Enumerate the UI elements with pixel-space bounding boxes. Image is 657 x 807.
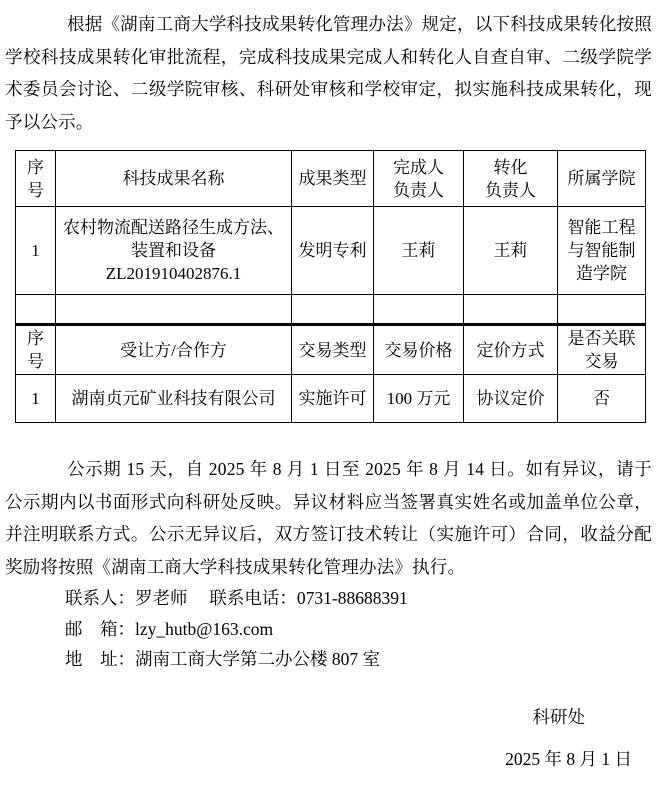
transaction-header-row: 序 号 受让方/合作方 交易类型 交易价格 定价方式 是否关联 交易	[16, 325, 646, 375]
contact-line: 联系人：罗老师 联系电话：0731-88688391	[65, 583, 652, 614]
contact-block: 联系人：罗老师 联系电话：0731-88688391 邮 箱：lzy_hutb@…	[5, 583, 652, 675]
header-achievement-name: 科技成果名称	[56, 151, 292, 207]
achievement-header-row: 序 号 科技成果名称 成果类型 完成人 负责人 转化 负责人 所属学院	[16, 151, 646, 207]
header-deal-type: 交易类型	[292, 325, 374, 375]
header-assignee: 受让方/合作方	[56, 325, 292, 375]
cell-achievement-type: 发明专利	[292, 207, 374, 295]
cell-deal-price: 100 万元	[374, 375, 464, 423]
cell-college: 智能工程 与智能制 造学院	[558, 207, 646, 295]
public-notice-document: 根据《湖南工商大学科技成果转化管理办法》规定，以下科技成果转化按照学校科技成果转…	[0, 0, 657, 775]
intro-paragraph: 根据《湖南工商大学科技成果转化管理办法》规定，以下科技成果转化按照学校科技成果转…	[5, 8, 652, 138]
notice-paragraph: 公示期 15 天，自 2025 年 8 月 1 日至 2025 年 8 月 14…	[5, 453, 652, 583]
signature-date: 2025 年 8 月 1 日	[5, 743, 652, 775]
header-transfer-lead: 转化 负责人	[464, 151, 558, 207]
cell-deal-type: 实施许可	[292, 375, 374, 423]
achievements-and-transaction-table: 序 号 科技成果名称 成果类型 完成人 负责人 转化 负责人 所属学院 1 农村…	[15, 150, 646, 423]
header-seq: 序 号	[16, 151, 56, 207]
header-achievement-type: 成果类型	[292, 151, 374, 207]
header-deal-price: 交易价格	[374, 325, 464, 375]
header-seq2: 序 号	[16, 325, 56, 375]
header-related-party: 是否关联 交易	[558, 325, 646, 375]
transaction-data-row: 1 湖南贞元矿业科技有限公司 实施许可 100 万元 协议定价 否	[16, 375, 646, 423]
cell-seq: 1	[16, 207, 56, 295]
cell-assignee: 湖南贞元矿业科技有限公司	[56, 375, 292, 423]
cell-transfer-lead: 王莉	[464, 207, 558, 295]
header-completer-lead: 完成人 负责人	[374, 151, 464, 207]
header-pricing-method: 定价方式	[464, 325, 558, 375]
address-line: 地 址：湖南工商大学第二办公楼 807 室	[65, 644, 652, 675]
cell-seq2: 1	[16, 375, 56, 423]
header-college: 所属学院	[558, 151, 646, 207]
achievement-data-row: 1 农村物流配送路径生成方法、 装置和设备 ZL201910402876.1 发…	[16, 207, 646, 295]
email-line: 邮 箱：lzy_hutb@163.com	[65, 614, 652, 645]
spacer-row	[16, 295, 646, 325]
cell-achievement-name: 农村物流配送路径生成方法、 装置和设备 ZL201910402876.1	[56, 207, 292, 295]
signature-department: 科研处	[5, 701, 652, 733]
cell-pricing-method: 协议定价	[464, 375, 558, 423]
cell-related-party: 否	[558, 375, 646, 423]
cell-completer-lead: 王莉	[374, 207, 464, 295]
